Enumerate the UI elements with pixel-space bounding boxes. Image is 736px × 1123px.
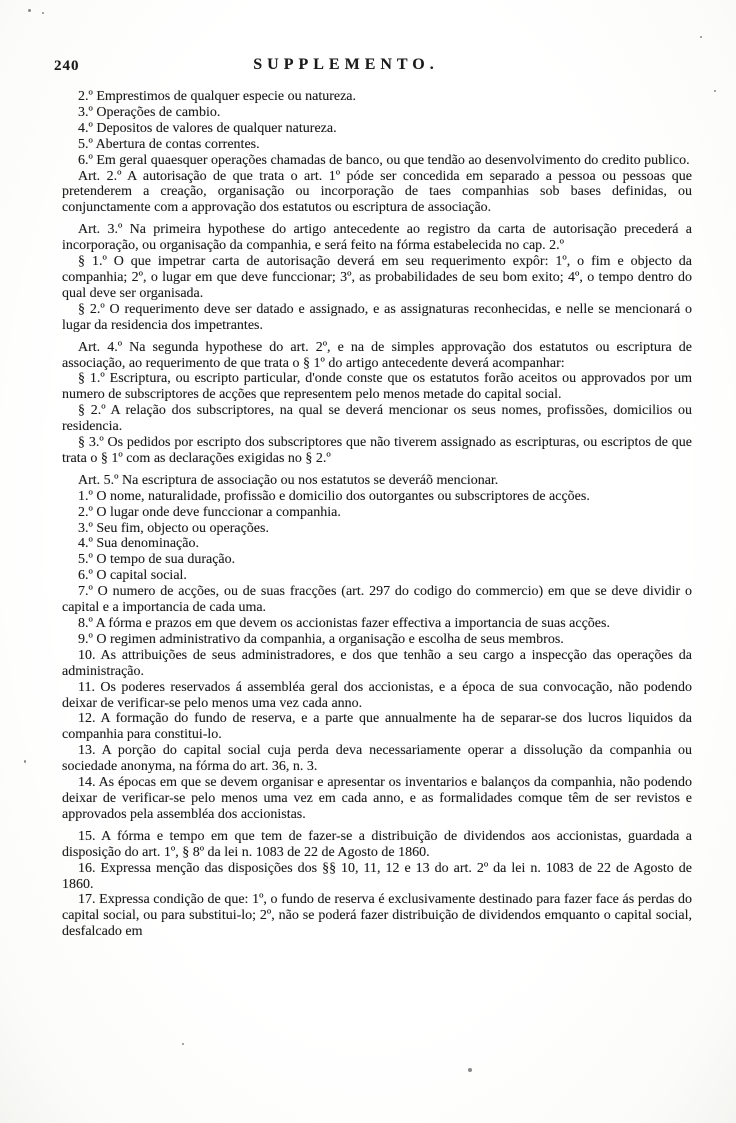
scan-artifact	[24, 760, 26, 763]
paragraph: 3.º Operações de cambio.	[62, 105, 692, 121]
paragraph: 16. Expressa menção das disposições dos …	[62, 861, 692, 893]
paragraph: 6.º Em geral quaesquer operações chamada…	[62, 153, 692, 169]
paragraph: 4.º Sua denominação.	[62, 536, 692, 552]
scan-artifact	[182, 1043, 184, 1045]
paragraph: § 2.º O requerimento deve ser datado e a…	[62, 302, 692, 334]
scanned-document-page: 240 SUPPLEMENTO. 2.º Emprestimos de qual…	[0, 0, 736, 1123]
paragraph: 4.º Depositos de valores de qualquer nat…	[62, 121, 692, 137]
running-title: SUPPLEMENTO.	[253, 56, 439, 74]
paragraph: 3.º Seu fim, objecto ou operações.	[62, 521, 692, 537]
paragraph: 13. A porção do capital social cuja perd…	[62, 743, 692, 775]
paragraph: § 3.º Os pedidos por escripto dos subscr…	[62, 435, 692, 467]
paragraph: § 2.º A relação dos subscriptores, na qu…	[62, 403, 692, 435]
paragraph: 2.º O lugar onde deve funccionar a compa…	[62, 505, 692, 521]
scan-artifact	[700, 36, 702, 38]
paragraph: 5.º Abertura de contas correntes.	[62, 137, 692, 153]
paragraph: 12. A formação do fundo de reserva, e a …	[62, 711, 692, 743]
paragraph: 2.º Emprestimos de qualquer especie ou n…	[62, 89, 692, 105]
paragraph: 17. Expressa condição de que: 1º, o fund…	[62, 892, 692, 940]
paragraph: 8.º A fórma e prazos em que devem os acc…	[62, 616, 692, 632]
paragraph: 5.º O tempo de sua duração.	[62, 552, 692, 568]
scan-artifact	[714, 90, 716, 92]
paragraph: § 1.º O que impetrar carta de autorisaçã…	[62, 254, 692, 302]
text-block: 2.º Emprestimos de qualquer especie ou n…	[62, 89, 692, 940]
paragraph: § 1.º Escriptura, ou escripto particular…	[62, 371, 692, 403]
scan-artifact	[468, 1068, 472, 1072]
paragraph: Art. 4.º Na segunda hypothese do art. 2º…	[62, 340, 692, 372]
paragraph: 7.º O numero de acções, ou de suas fracç…	[62, 584, 692, 616]
paragraph: 15. A fórma e tempo em que tem de fazer-…	[62, 829, 692, 861]
paragraph: 14. As épocas em que se devem organisar …	[62, 775, 692, 823]
paragraph: Art. 3.º Na primeira hypothese do artigo…	[62, 222, 692, 254]
paragraph: 1.º O nome, naturalidade, profissão e do…	[62, 489, 692, 505]
scan-artifact	[42, 12, 44, 14]
paragraph: Art. 2.º A autorisação de que trata o ar…	[62, 169, 692, 217]
paragraph: 6.º O capital social.	[62, 568, 692, 584]
paragraph: 10. As attribuições de seus administrado…	[62, 648, 692, 680]
paragraph: 9.º O regimen administrativo da companhi…	[62, 632, 692, 648]
scan-artifact	[28, 9, 31, 12]
paragraph: Art. 5.º Na escriptura de associação ou …	[62, 473, 692, 489]
paragraph: 11. Os poderes reservados á assembléa ge…	[62, 680, 692, 712]
page-number: 240	[54, 58, 80, 75]
